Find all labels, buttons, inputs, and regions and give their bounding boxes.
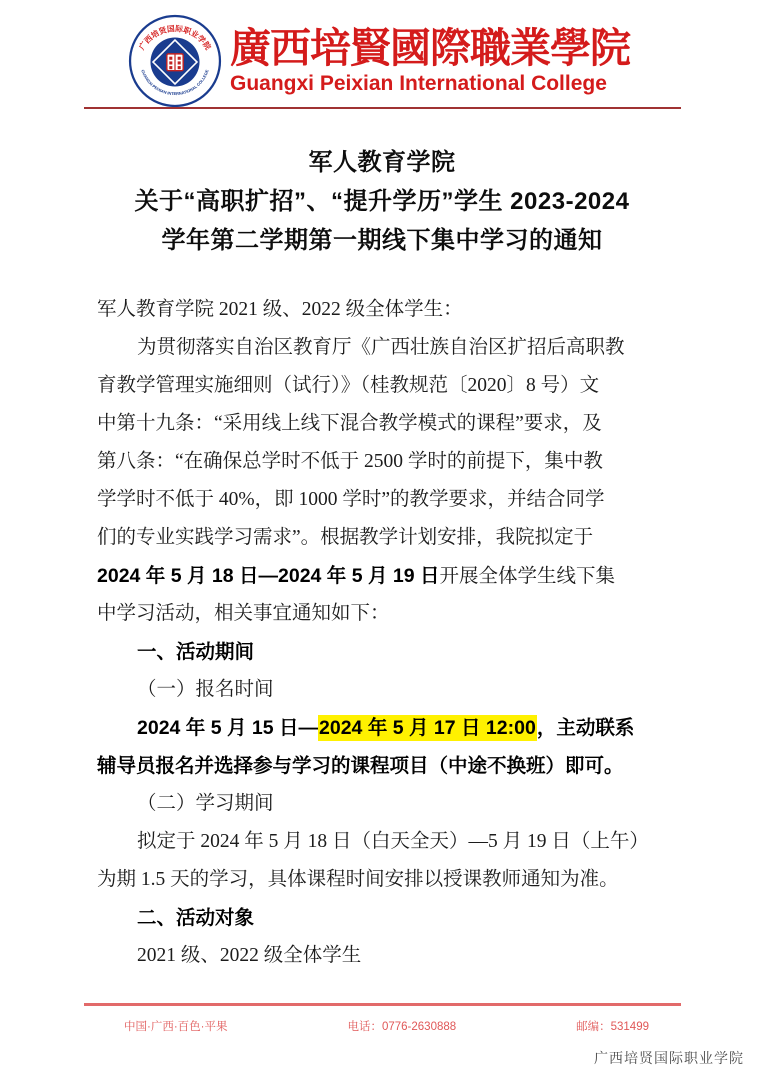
notice-document-page: 广西培贤国际职业学院 GUANGXI PEIXIAN INTERNATIONAL… bbox=[0, 0, 764, 1080]
body-line: 拟定于 2024 年 5 月 18 日（白天全天）—5 月 19 日（上午） bbox=[97, 823, 672, 861]
letterhead: 广西培贤国际职业学院 GUANGXI PEIXIAN INTERNATIONAL… bbox=[128, 14, 630, 108]
body-line: 学学时不低于 40%，即 1000 学时”的教学要求，并结合同学 bbox=[97, 481, 672, 519]
highlighted-deadline: 2024 年 5 月 17 日 12:00 bbox=[318, 715, 537, 741]
letterhead-text: 廣西培賢國際職業學院 Guangxi Peixian International… bbox=[230, 25, 630, 97]
text-segment: 为贯彻落实自治区教育厅《广西壮族自治区扩招后高职教 bbox=[137, 337, 625, 358]
footer-phone: 电话：0776-2630888 bbox=[347, 1018, 456, 1034]
footer-location: 中国·广西·百色·平果 bbox=[124, 1018, 228, 1034]
text-segment: 军人教育学院 2021 级、2022 级全体学生： bbox=[97, 299, 463, 320]
college-name-en: Guangxi Peixian International College bbox=[230, 71, 630, 97]
text-segment: 育教学管理实施细则（试行）》（桂教规范〔2020〕8 号）文 bbox=[97, 375, 599, 396]
text-segment: 中学习活动，相关事宜通知如下： bbox=[97, 603, 390, 624]
text-segment: 开展全体学生线下集 bbox=[440, 566, 616, 587]
body-line: 为贯彻落实自治区教育厅《广西壮族自治区扩招后高职教 bbox=[97, 329, 672, 367]
text-segment: 2024 年 5 月 15 日— bbox=[137, 717, 318, 739]
body-line: 第八条：“在确保总学时不低于 2500 学时的前提下，集中教 bbox=[97, 443, 672, 481]
notice-body: 军人教育学院 2021 级、2022 级全体学生： 为贯彻落实自治区教育厅《广西… bbox=[97, 291, 672, 975]
section-heading-2: 二、活动对象 bbox=[97, 899, 672, 937]
text-segment: （一）报名时间 bbox=[137, 679, 274, 700]
body-line: 中学习活动，相关事宜通知如下： bbox=[97, 595, 672, 633]
text-segment: 辅导员报名并选择参与学习的课程项目（中途不换班）即可。 bbox=[97, 755, 624, 777]
footer-divider bbox=[84, 1003, 681, 1006]
notice-title-line: 军人教育学院 bbox=[0, 143, 764, 182]
section-heading-1: 一、活动期间 bbox=[97, 633, 672, 671]
text-segment: 为期 1.5 天的学习，具体课程时间安排以授课教师通知为准。 bbox=[97, 869, 619, 890]
text-segment: 学学时不低于 40%，即 1000 学时”的教学要求，并结合同学 bbox=[97, 489, 605, 510]
footer-postal-code: 邮编：531499 bbox=[576, 1018, 649, 1034]
notice-title-line: 关于“高职扩招”、“提升学历”学生 2023-2024 bbox=[0, 182, 764, 221]
seal-book-icon bbox=[167, 54, 183, 71]
text-segment: 拟定于 2024 年 5 月 18 日（白天全天）—5 月 19 日（上午） bbox=[137, 831, 649, 852]
heading-text: 一、活动期间 bbox=[137, 641, 254, 663]
registration-deadline-line: 2024 年 5 月 15 日—2024 年 5 月 17 日 12:00，主动… bbox=[97, 709, 672, 747]
bottom-college-name: 广西培贤国际职业学院 bbox=[594, 1048, 744, 1068]
body-line: 2024 年 5 月 18 日—2024 年 5 月 19 日开展全体学生线下集 bbox=[97, 557, 672, 595]
heading-text: 二、活动对象 bbox=[137, 907, 254, 929]
college-seal-logo: 广西培贤国际职业学院 GUANGXI PEIXIAN INTERNATIONAL… bbox=[128, 14, 222, 108]
body-line: 辅导员报名并选择参与学习的课程项目（中途不换班）即可。 bbox=[97, 747, 672, 785]
event-date-range: 2024 年 5 月 18 日—2024 年 5 月 19 日 bbox=[97, 565, 440, 587]
text-segment: 中第十九条：“采用线上线下混合教学模式的课程”要求，及 bbox=[97, 413, 602, 434]
text-segment: （二）学习期间 bbox=[137, 793, 274, 814]
letterhead-divider bbox=[84, 107, 681, 109]
notice-title: 军人教育学院 关于“高职扩招”、“提升学历”学生 2023-2024 学年第二学… bbox=[0, 143, 764, 260]
college-name-zh: 廣西培賢國際職業學院 bbox=[230, 25, 630, 71]
body-line: 为期 1.5 天的学习，具体课程时间安排以授课教师通知为准。 bbox=[97, 861, 672, 899]
subsection-heading: （二）学习期间 bbox=[97, 785, 672, 823]
text-segment: 2021 级、2022 级全体学生 bbox=[137, 945, 361, 966]
subsection-heading: （一）报名时间 bbox=[97, 671, 672, 709]
body-line: 2021 级、2022 级全体学生 bbox=[97, 937, 672, 975]
footer-contact-row: 中国·广西·百色·平果 电话：0776-2630888 邮编：531499 bbox=[84, 1018, 681, 1034]
salutation-line: 军人教育学院 2021 级、2022 级全体学生： bbox=[97, 291, 672, 329]
body-line: 们的专业实践学习需求”。根据教学计划安排，我院拟定于 bbox=[97, 519, 672, 557]
text-segment: ，主动联系 bbox=[537, 717, 635, 739]
body-line: 育教学管理实施细则（试行）》（桂教规范〔2020〕8 号）文 bbox=[97, 367, 672, 405]
body-line: 中第十九条：“采用线上线下混合教学模式的课程”要求，及 bbox=[97, 405, 672, 443]
text-segment: 第八条：“在确保总学时不低于 2500 学时的前提下，集中教 bbox=[97, 451, 603, 472]
text-segment: 们的专业实践学习需求”。根据教学计划安排，我院拟定于 bbox=[97, 527, 593, 548]
notice-title-line: 学年第二学期第一期线下集中学习的通知 bbox=[0, 221, 764, 260]
